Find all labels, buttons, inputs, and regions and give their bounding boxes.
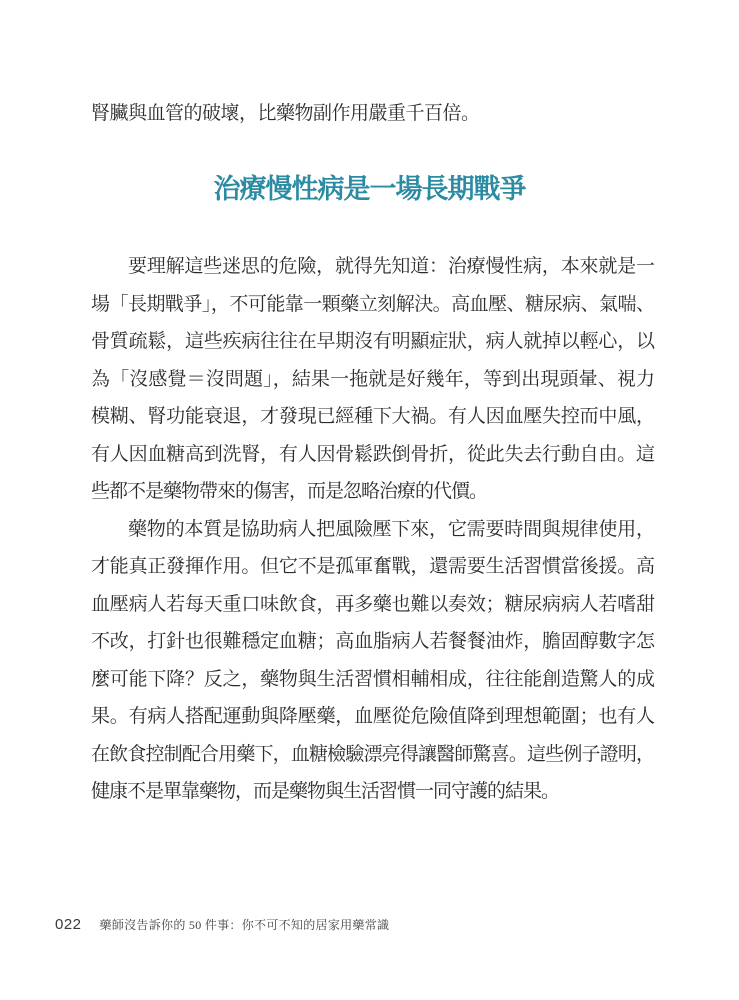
body-line: 腎臟與血管的破壞，比藥物副作用嚴重千百倍。 <box>91 100 654 128</box>
body-line: 模糊、腎功能衰退，才發現已經種下大禍。有人因血壓失控而中風， <box>91 398 654 436</box>
body-line: 有人因血糖高到洗腎，有人因骨鬆跌倒骨折，從此失去行動自由。這 <box>91 436 654 474</box>
section-heading: 治療慢性病是一場長期戰爭 <box>0 171 739 207</box>
paragraph: 藥物的本質是協助病人把風險壓下來，它需要時間與規律使用， 才能真正發揮作用。但它… <box>91 511 654 811</box>
body-line: 場「長期戰爭」，不可能靠一顆藥立刻解決。高血壓、糖尿病、氣喘、 <box>91 286 654 324</box>
page-number: 022 <box>55 916 82 933</box>
page-footer: 022 藥師沒告訴你的 50 件事：你不可不知的居家用藥常識 <box>55 916 389 933</box>
body-line: 藥物的本質是協助病人把風險壓下來，它需要時間與規律使用， <box>91 511 654 549</box>
body-line: 骨質疏鬆，這些疾病往往在早期沒有明顯症狀，病人就掉以輕心，以 <box>91 323 654 361</box>
body-line: 為「沒感覺＝沒問題」，結果一拖就是好幾年，等到出現頭暈、視力 <box>91 361 654 399</box>
body-line: 果。有病人搭配運動與降壓藥，血壓從危險值降到理想範圍；也有人 <box>91 698 654 736</box>
body-line: 些都不是藥物帶來的傷害，而是忽略治療的代價。 <box>91 473 654 511</box>
body-line: 要理解這些迷思的危險，就得先知道：治療慢性病，本來就是一 <box>91 248 654 286</box>
book-title: 藥師沒告訴你的 50 件事：你不可不知的居家用藥常識 <box>100 916 390 933</box>
body-line: 才能真正發揮作用。但它不是孤軍奮戰，還需要生活習慣當後援。高 <box>91 548 654 586</box>
book-page: 腎臟與血管的破壞，比藥物副作用嚴重千百倍。 治療慢性病是一場長期戰爭 要理解這些… <box>0 0 739 1000</box>
body-line: 不改，打針也很難穩定血糖；高血脂病人若餐餐油炸，膽固醇數字怎 <box>91 623 654 661</box>
body-line: 血壓病人若每天重口味飲食，再多藥也難以奏效；糖尿病病人若嗜甜 <box>91 586 654 624</box>
body-line: 在飲食控制配合用藥下，血糖檢驗漂亮得讓醫師驚喜。這些例子證明， <box>91 736 654 774</box>
body-text: 要理解這些迷思的危險，就得先知道：治療慢性病，本來就是一 場「長期戰爭」，不可能… <box>91 248 654 811</box>
body-line: 麼可能下降？反之，藥物與生活習慣相輔相成，往往能創造驚人的成 <box>91 661 654 699</box>
body-line: 健康不是單靠藥物，而是藥物與生活習慣一同守護的結果。 <box>91 773 654 811</box>
paragraph: 要理解這些迷思的危險，就得先知道：治療慢性病，本來就是一 場「長期戰爭」，不可能… <box>91 248 654 511</box>
